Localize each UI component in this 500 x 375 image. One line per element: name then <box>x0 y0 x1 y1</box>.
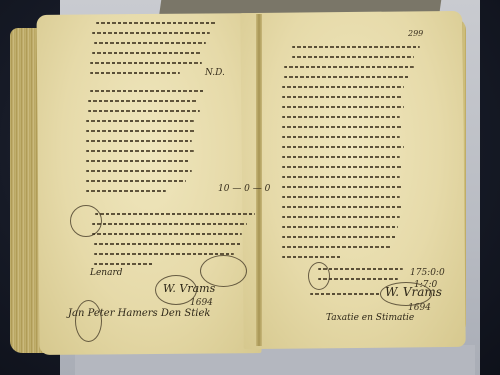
handwriting-line <box>282 206 402 208</box>
handwriting-line <box>86 130 196 132</box>
year-right: 1694 <box>408 303 431 313</box>
handwriting-line <box>310 293 380 295</box>
handwriting-line <box>282 176 400 178</box>
amount-right-1: 175:0:0 <box>410 268 445 278</box>
signature-vrams: W. Vrams <box>163 282 215 295</box>
handwriting-line <box>92 32 210 34</box>
handwriting-line <box>282 246 392 248</box>
amount-left: 10 — 0 — 0 <box>218 184 270 194</box>
handwriting-line <box>282 126 402 128</box>
handwriting-line <box>282 116 400 118</box>
handwriting-line <box>282 156 400 158</box>
handwriting-line <box>282 236 396 238</box>
handwriting-line <box>318 278 398 280</box>
handwriting-line <box>292 46 420 48</box>
handwriting-line <box>88 100 198 102</box>
handwriting-line <box>96 22 216 24</box>
handwriting-line <box>86 150 194 152</box>
handwriting-line <box>90 62 202 64</box>
signature-flourish <box>200 255 247 287</box>
handwriting-line <box>86 160 190 162</box>
handwriting-line <box>282 146 404 148</box>
handwriting-line <box>92 52 202 54</box>
margin-note: N.D. <box>205 68 225 78</box>
handwriting-line <box>282 186 402 188</box>
page-number: 299 <box>408 29 423 38</box>
handwriting-line <box>282 136 400 138</box>
year-left: 1694 <box>190 298 213 308</box>
handwriting-line <box>94 243 242 245</box>
signature-flourish <box>75 300 102 342</box>
handwriting-line <box>90 72 180 74</box>
handwriting-line <box>282 226 398 228</box>
handwriting-line <box>282 196 400 198</box>
handwriting-line <box>94 263 154 265</box>
handwriting-line <box>88 110 200 112</box>
handwriting-line <box>92 223 247 225</box>
handwriting-line <box>86 180 186 182</box>
handwriting-line <box>86 120 194 122</box>
handwriting-line <box>86 170 192 172</box>
handwriting-line <box>92 233 242 235</box>
handwriting-line <box>86 140 192 142</box>
photo-scene: N.D. 10 — 0 — 0 Lenard W. Vrams 1694 Jan… <box>0 0 500 375</box>
handwriting-line <box>282 86 404 88</box>
handwriting-line <box>292 56 414 58</box>
handwriting-line <box>94 253 234 255</box>
footer-note-right: Taxatie en Stimatie <box>326 313 414 323</box>
signature-flourish <box>308 262 330 290</box>
book-gutter <box>256 14 262 346</box>
handwriting-line <box>90 90 205 92</box>
handwriting-line <box>284 76 409 78</box>
handwriting-line <box>94 42 206 44</box>
handwriting-line <box>95 213 255 215</box>
handwriting-line <box>318 268 403 270</box>
signature-flourish <box>70 205 102 237</box>
signature-lenard: Lenard <box>90 268 123 278</box>
handwriting-line <box>282 256 342 258</box>
handwriting-line <box>282 106 404 108</box>
footer-note-left: Jan Peter Hamers Den Stiek <box>68 308 210 319</box>
handwriting-line <box>282 216 400 218</box>
handwriting-line <box>282 96 402 98</box>
handwriting-line <box>282 166 402 168</box>
handwriting-line <box>86 190 166 192</box>
handwriting-line <box>284 66 414 68</box>
